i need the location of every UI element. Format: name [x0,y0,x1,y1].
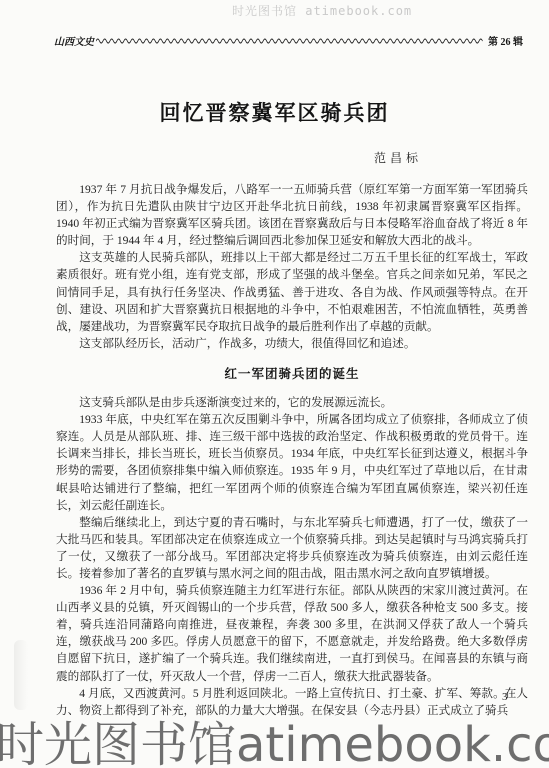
paragraph: 整编后继续北上，到达宁夏的青石嘴时，与东北军骑兵七师遭遇，打了一仗，缴获了一大批… [56,514,528,582]
scanned-book-page: 时光图书馆 atimebook.com 山西文史 第 26 辑 回忆晋察冀军区骑… [0,0,549,768]
watermark-top: 时光图书馆 atimebook.com [232,2,412,19]
page-number: 3 [502,691,508,703]
scan-smudge [14,640,28,710]
section-heading: 红一军团骑兵团的诞生 [56,366,528,383]
paragraph: 这支部队经历长，活动广，作战多，功绩大，很值得回忆和追述。 [56,335,528,352]
article-title: 回忆晋察冀军区骑兵团 [0,97,549,127]
paragraph: 这支英雄的人民骑兵部队，班排以上干部大都是经过二万五千里长征的红军战士，军政素质… [56,249,528,334]
paragraph: 这支骑兵部队是由步兵逐渐演变过来的，它的发展源远流长。 [56,394,528,411]
article-body: 1937 年 7 月抗日战争爆发后，八路军一一五师骑兵营（原红军第一方面军第一军… [56,181,528,719]
paragraph: 1936 年 2 月中旬，骑兵侦察连随主力红军进行东征。部队从陕西的宋家川渡过黄… [56,582,528,685]
paragraph: 1933 年底，中央红军在第五次反围剿斗争中，所属各团均成立了侦察排，各师成立了… [56,411,528,514]
issue-number: 第 26 辑 [488,33,523,48]
article-author: 范昌标 [374,149,422,166]
paragraph: 1937 年 7 月抗日战争爆发后，八路军一一五师骑兵营（原红军第一方面军第一军… [56,181,528,249]
header-wavy-line [96,36,486,44]
running-head: 山西文史 第 26 辑 [54,33,523,47]
journal-name: 山西文史 [54,33,94,48]
watermark-bottom: 时光图书馆atimebook.com [0,706,549,768]
